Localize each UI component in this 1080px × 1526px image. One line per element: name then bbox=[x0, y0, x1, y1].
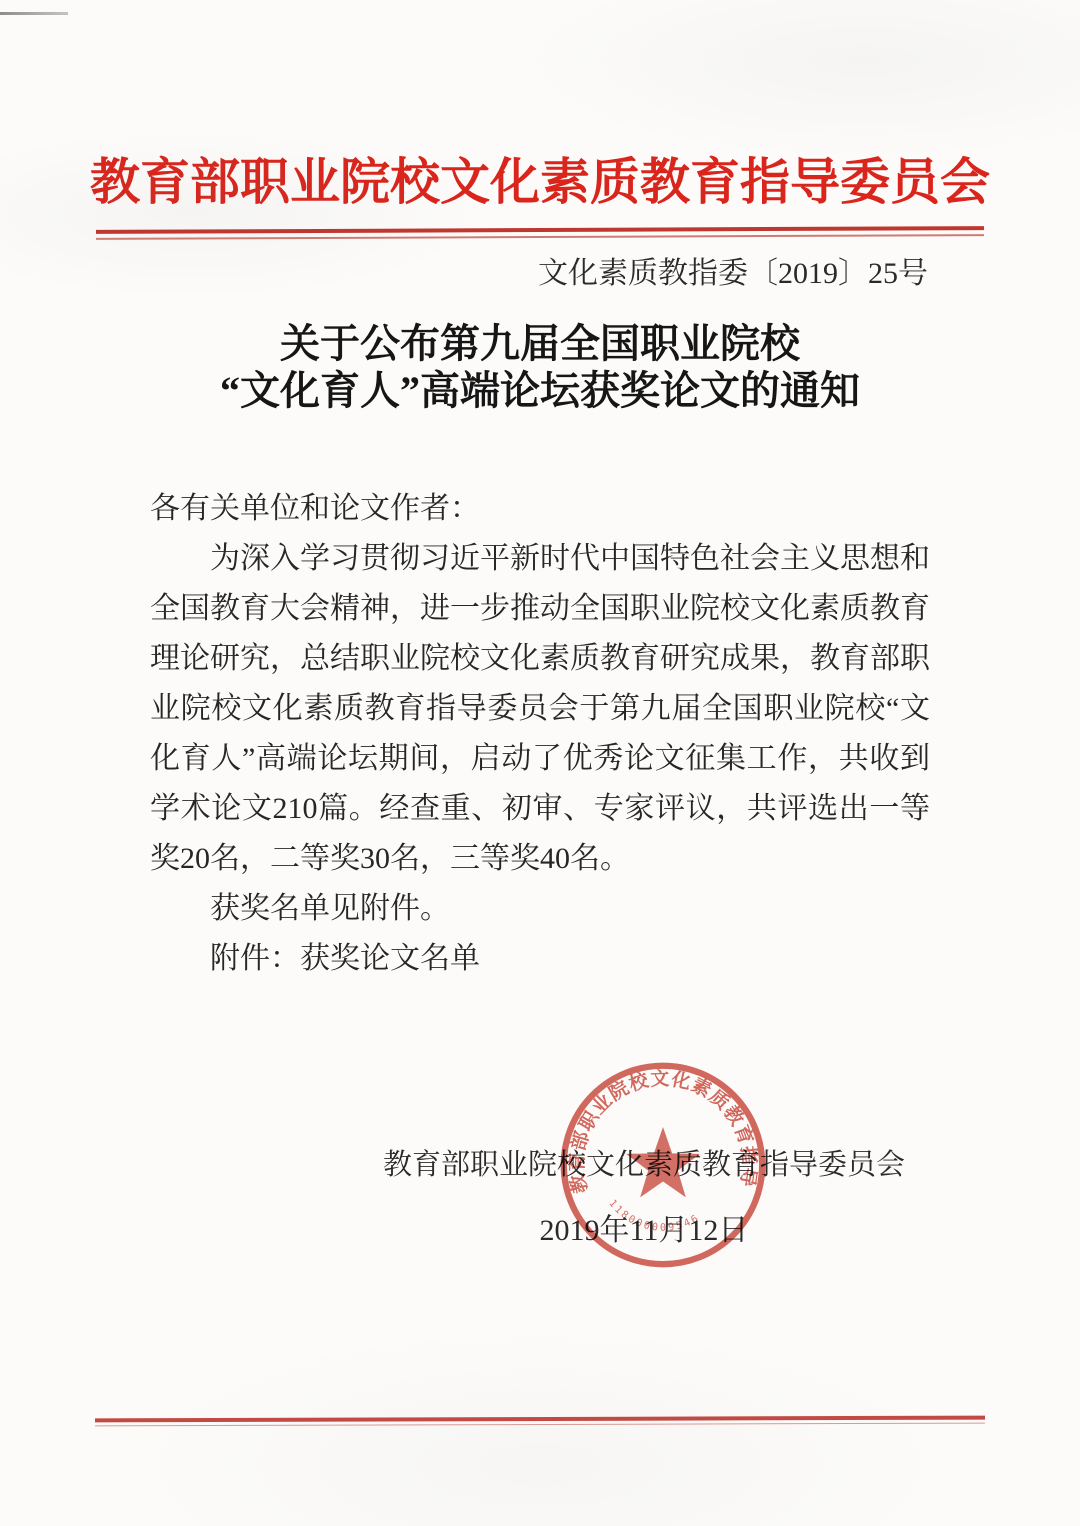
notice-title-line1: 关于公布第九届全国职业院校 bbox=[90, 320, 990, 367]
salutation: 各有关单位和论文作者： bbox=[150, 484, 930, 534]
attachment-reference: 附件：获奖论文名单 bbox=[150, 934, 930, 984]
letterhead-divider bbox=[96, 226, 984, 240]
notice-title: 关于公布第九届全国职业院校 “文化育人”高端论坛获奖论文的通知 bbox=[90, 320, 990, 414]
document-number: 文化素质教指委〔2019〕25号 bbox=[0, 254, 928, 294]
footer-divider bbox=[95, 1416, 985, 1427]
body-paragraph: 为深入学习贯彻习近平新时代中国特色社会主义思想和全国教育大会精神，进一步推动全国… bbox=[150, 534, 930, 884]
signature-date: 2019年11月12日 bbox=[380, 1205, 908, 1249]
scan-artifact-line bbox=[0, 12, 68, 15]
signature-org-name: 教育部职业院校文化素质教育指导委员会 bbox=[380, 1147, 908, 1183]
notice-body: 各有关单位和论文作者： 为深入学习贯彻习近平新时代中国特色社会主义思想和全国教育… bbox=[150, 484, 930, 984]
signature-block: 教育部职业院校文化素质教育指导委员会 2019年11月12日 bbox=[380, 1147, 908, 1249]
notice-title-line2: “文化育人”高端论坛获奖论文的通知 bbox=[90, 367, 990, 414]
body-paragraph: 获奖名单见附件。 bbox=[150, 884, 930, 934]
letterhead-org-name: 教育部职业院校文化素质教育指导委员会 bbox=[55, 150, 1025, 215]
document-page: 教育部职业院校文化素质教育指导委员会 文化素质教指委〔2019〕25号 关于公布… bbox=[0, 0, 1080, 1526]
